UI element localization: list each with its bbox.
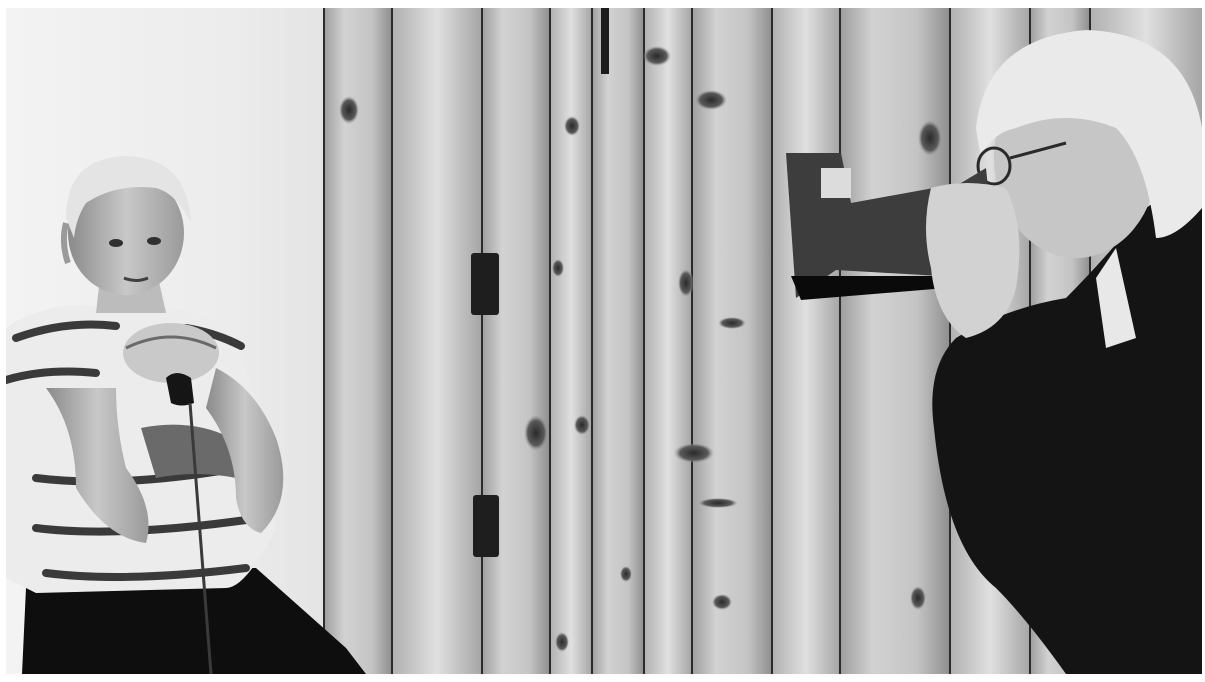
wall-switch-plate (471, 253, 499, 315)
photo-scene (6, 8, 1202, 674)
wall-hook (601, 8, 609, 74)
seated-golfer (6, 156, 366, 674)
photograph (6, 8, 1202, 674)
wall-switch-plate (473, 495, 499, 557)
